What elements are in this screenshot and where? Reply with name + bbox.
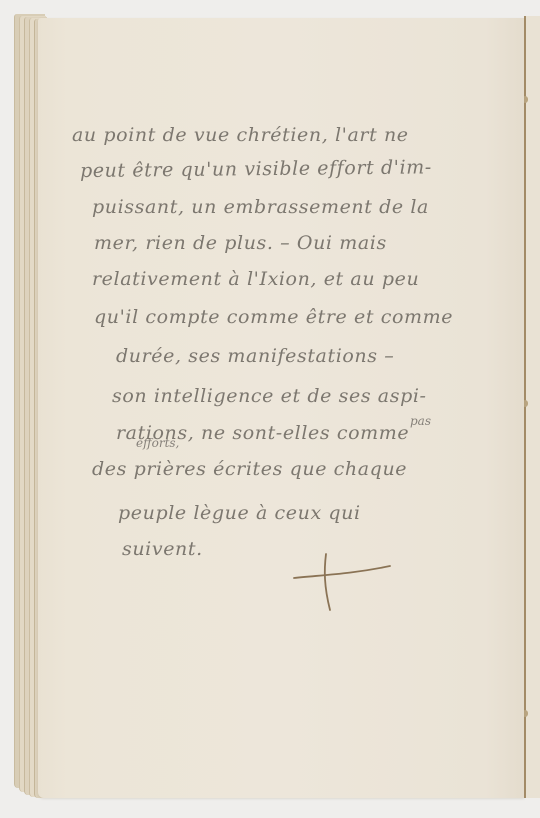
manuscript-line: durée, ses manifestations – [116, 345, 394, 367]
manuscript-line: au point de vue chrétien, l'art ne [72, 124, 409, 146]
binding-gutter [524, 16, 526, 798]
manuscript-line: suivent. [122, 538, 203, 560]
facing-page-edge [526, 16, 540, 798]
manuscript-line: des prières écrites que chaque [92, 458, 407, 480]
scan-stage: au point de vue chrétien, l'art ne peut … [0, 0, 540, 818]
cross-mark-icon [292, 552, 392, 612]
manuscript-line: qu'il compte comme être et comme [94, 306, 453, 328]
manuscript-line: rations, ne sont-elles comme [116, 422, 409, 444]
manuscript-insertion: pas [410, 414, 431, 428]
manuscript-line: peuple lègue à ceux qui [118, 502, 361, 524]
manuscript-line: relativement à l'Ixion, et au peu [92, 268, 419, 290]
manuscript-line: son intelligence et de ses aspi- [112, 385, 427, 407]
manuscript-line: puissant, un embrassement de la [92, 196, 429, 218]
manuscript-line: mer, rien de plus. – Oui mais [94, 232, 387, 254]
manuscript-line: peut être qu'un visible effort d'im- [80, 156, 432, 182]
